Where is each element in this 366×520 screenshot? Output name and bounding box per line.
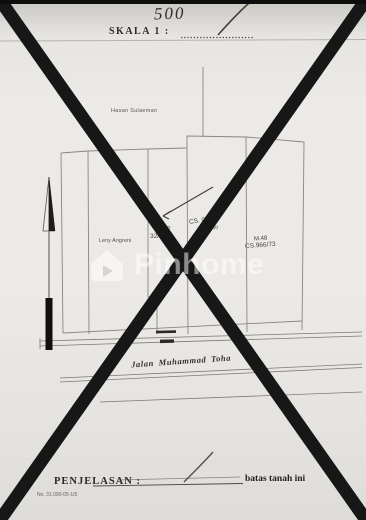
road-lines	[40, 332, 362, 402]
north-arrow-icon	[43, 177, 55, 350]
header-rule	[0, 40, 366, 42]
footer-lines	[93, 452, 243, 486]
culvert-mark	[156, 330, 176, 343]
survey-drawing	[0, 0, 366, 520]
scan-edge-bar	[0, 0, 366, 4]
leader-arrow-icon	[163, 187, 213, 219]
handwritten-slash-top	[218, 3, 249, 35]
parcel-boundaries	[61, 67, 304, 334]
scanned-land-survey-document: 500 SKALA 1 : Hasan Sulaeman Leny Angren…	[0, 0, 366, 520]
